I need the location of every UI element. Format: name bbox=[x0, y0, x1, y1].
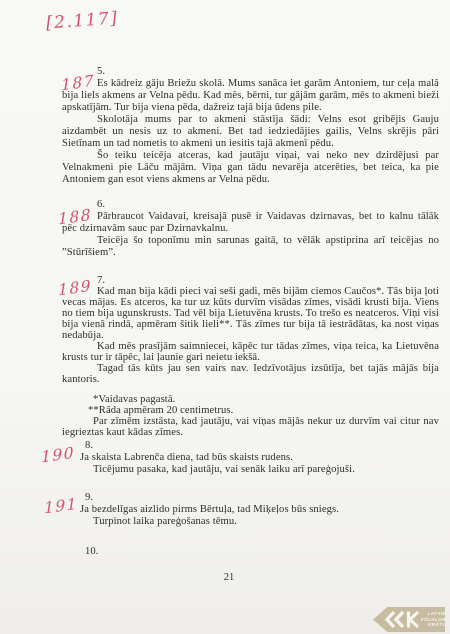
item-number: 5. bbox=[62, 66, 439, 78]
footnote-1: *Vaidavas pagastā. bbox=[62, 394, 439, 405]
footnote-2: **Rāda apmēram 20 centimetrus. bbox=[62, 405, 439, 416]
item-number: 8. bbox=[62, 440, 439, 452]
item-text-paragraph: Skolotāja mums par to akmeni stāstīja šā… bbox=[62, 114, 439, 150]
item-number: 10. bbox=[62, 546, 439, 558]
folklore-item-9: 9. Ja bezdelīgas aizlido pirms Bērtuļa, … bbox=[62, 492, 439, 528]
item-number: 6. bbox=[62, 199, 439, 211]
page-number: 21 bbox=[209, 572, 249, 583]
folklore-item-10: 10. bbox=[62, 546, 439, 558]
collector-comment: Ticējumu pasaka, kad jautāju, vai senāk … bbox=[62, 464, 439, 476]
lfk-chevrons-icon bbox=[384, 610, 421, 629]
item-text-paragraph: Kad mēs prasījām saimniecei, kāpēc tur t… bbox=[62, 341, 439, 363]
item-text-paragraph: Es kādreiz gāju Briežu skolā. Mums sanāc… bbox=[62, 78, 439, 114]
folklore-item-6: 6. Pārbraucot Vaidavai, kreisajā pusē ir… bbox=[62, 199, 439, 259]
handwritten-archival-annotation: [2.117] bbox=[45, 8, 119, 33]
item-number: 9. bbox=[62, 492, 439, 504]
item-text-paragraph: Ja bezdelīgas aizlido pirms Bērtuļa, tad… bbox=[62, 504, 439, 516]
collector-comment: Par zīmēm izstāsta, kad jautāju, vai viņ… bbox=[62, 416, 439, 438]
collector-comment: Turpinot laika pareģošanas tēmu. bbox=[62, 516, 439, 528]
lfk-logo-text-line: KRĀTUVE bbox=[421, 622, 450, 627]
item-text-paragraph: Tagad tās kūts jau sen vairs nav. Iedzīv… bbox=[62, 363, 439, 385]
scanned-document-page: { "annotation": { "text": "[2.117]" }, "… bbox=[0, 0, 450, 634]
collector-comment: Teicēja šo toponīmu min sarunas gaitā, t… bbox=[62, 235, 439, 259]
folklore-item-5: 5. Es kādreiz gāju Briežu skolā. Mums sa… bbox=[62, 66, 439, 186]
footnotes-block: *Vaidavas pagastā. **Rāda apmēram 20 cen… bbox=[62, 394, 439, 438]
page-background: [2.117] 187 188 189 190 191 5. Es kādrei… bbox=[0, 0, 450, 634]
lfk-archive-logo: LATVIEŠU FOLKLORAS KRĀTUVE bbox=[373, 607, 445, 632]
item-text-paragraph: Pārbraucot Vaidavai, kreisajā pusē ir Va… bbox=[62, 211, 439, 235]
folklore-item-7: 7. Kad man bija kādi pieci vai seši gadi… bbox=[62, 275, 439, 438]
item-number: 7. bbox=[62, 275, 439, 286]
lfk-logo-text: LATVIEŠU FOLKLORAS KRĀTUVE bbox=[421, 611, 450, 627]
item-text-paragraph: Ja skaista Labrenča diena, tad būs skais… bbox=[62, 452, 439, 464]
collector-comment: Šo teiku teicēja atceras, kad jautāju vi… bbox=[62, 150, 439, 186]
item-text-paragraph: Kad man bija kādi pieci vai seši gadi, m… bbox=[62, 286, 439, 341]
folklore-item-8: 8. Ja skaista Labrenča diena, tad būs sk… bbox=[62, 440, 439, 476]
